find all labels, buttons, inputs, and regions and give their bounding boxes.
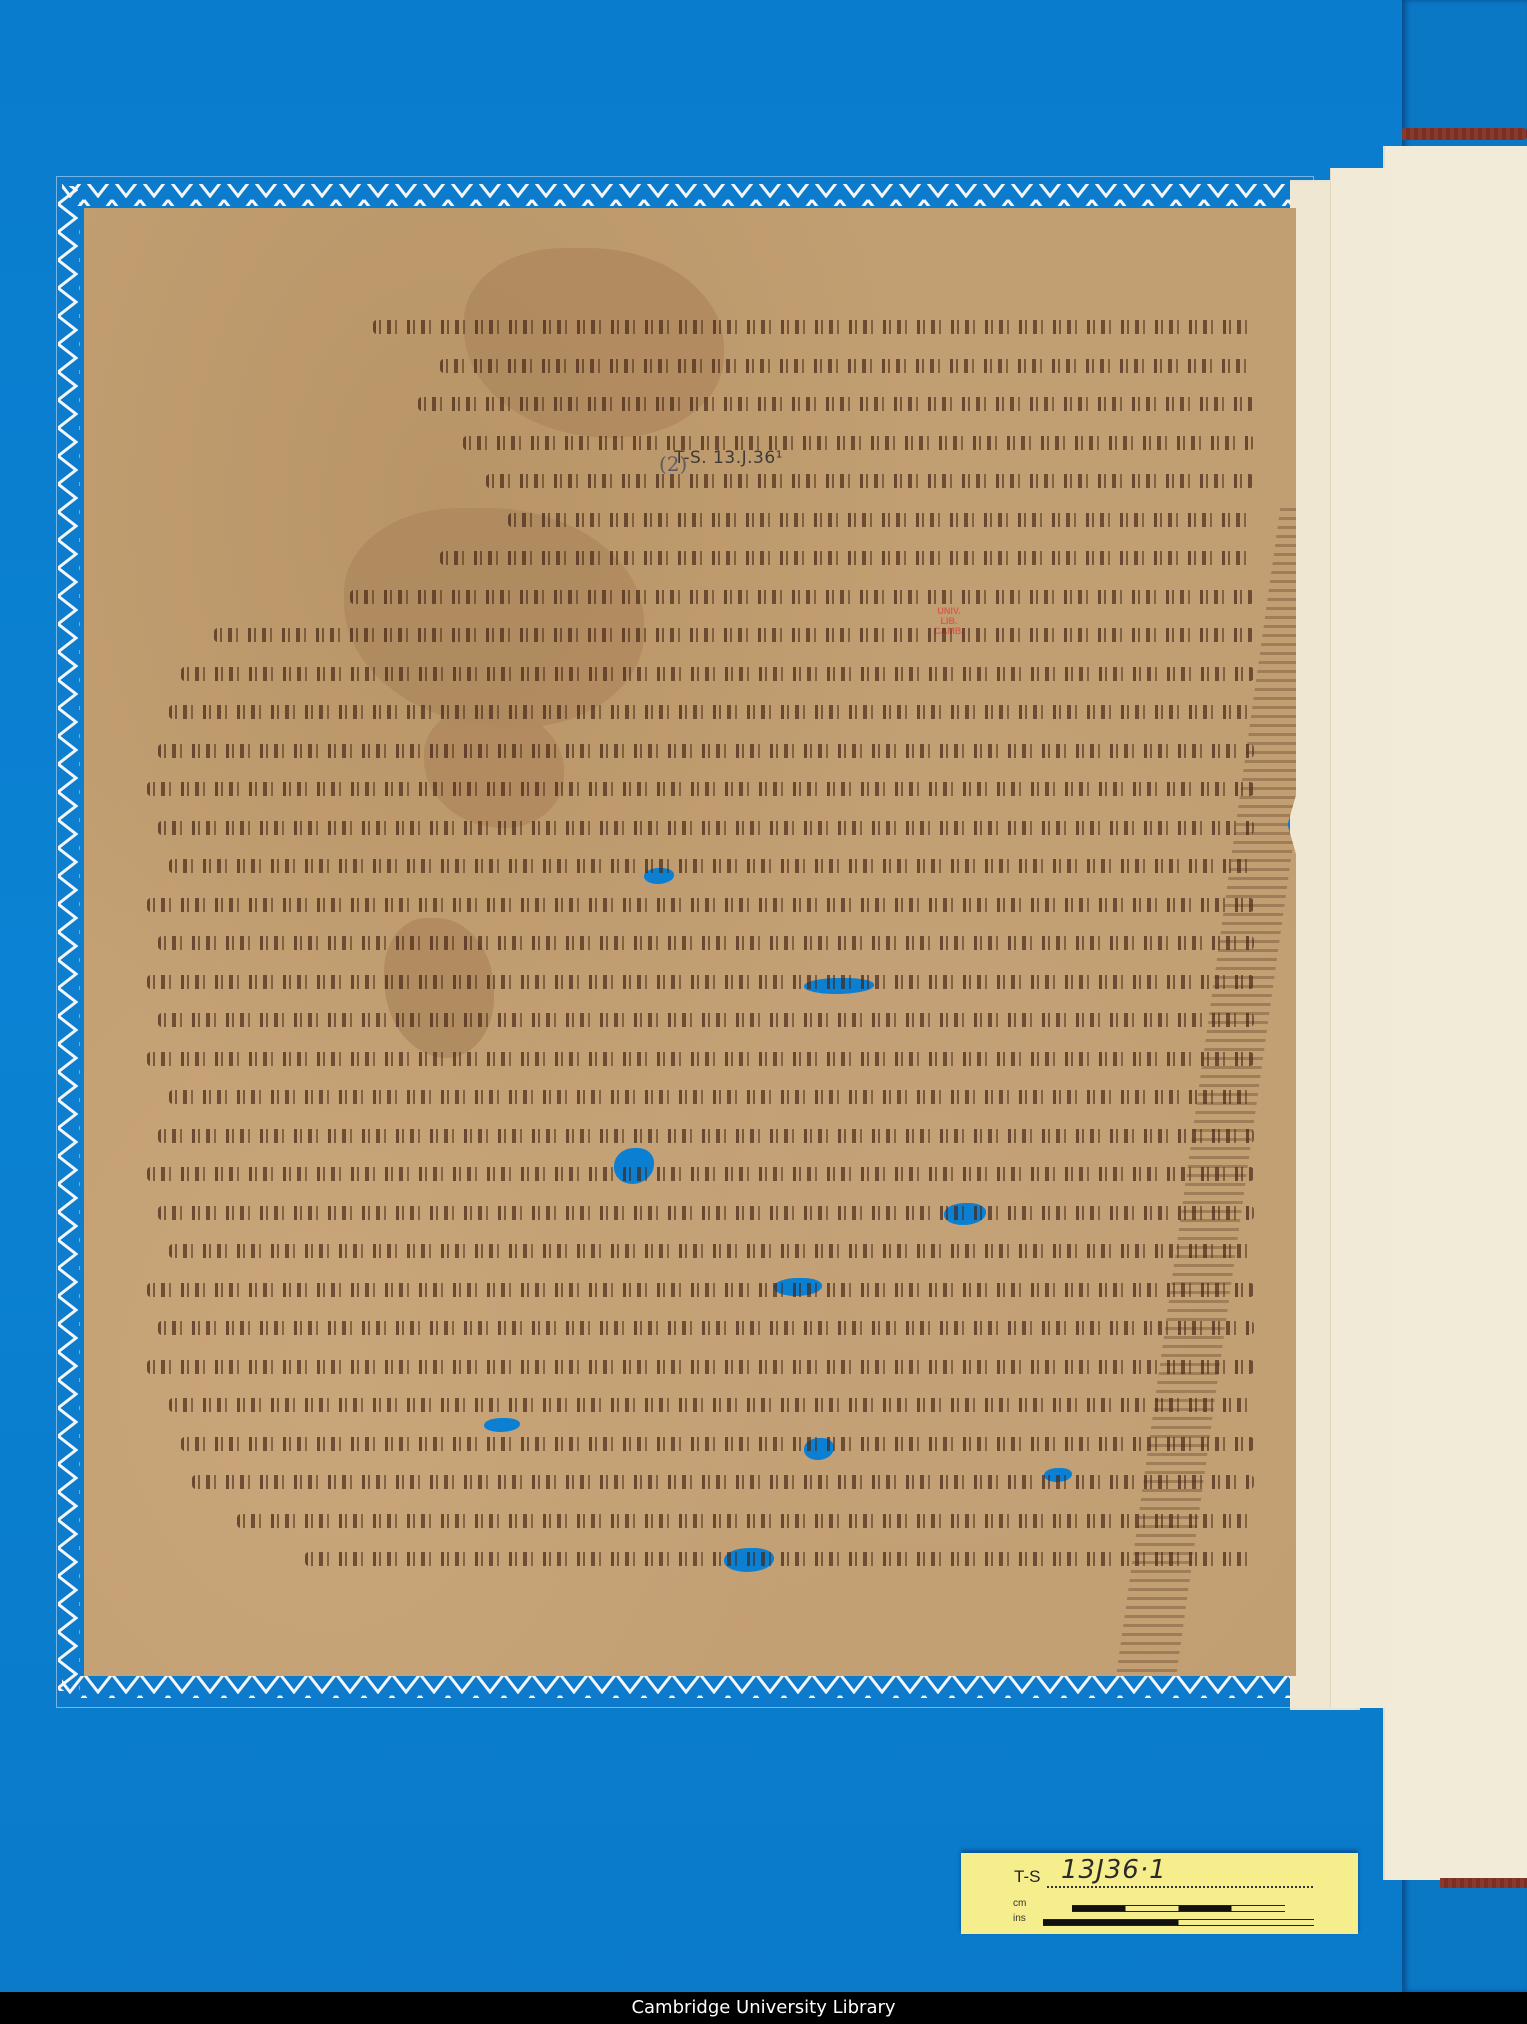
credit-footer: Cambridge University Library <box>0 1992 1527 2024</box>
text-line <box>124 1232 1254 1271</box>
text-line <box>124 1502 1254 1541</box>
text-line <box>124 847 1254 886</box>
text-line <box>124 1540 1254 1579</box>
text-line <box>124 385 1254 424</box>
text-line <box>124 655 1254 694</box>
text-line <box>124 1463 1254 1502</box>
text-line <box>124 1117 1254 1156</box>
binding-cord-bottom <box>1440 1878 1527 1888</box>
text-line <box>124 424 1254 463</box>
text-line <box>124 347 1254 386</box>
text-line <box>124 539 1254 578</box>
text-line <box>124 693 1254 732</box>
text-line <box>124 1271 1254 1310</box>
text-line <box>124 732 1254 771</box>
text-line <box>124 1348 1254 1387</box>
handwritten-text-block <box>124 308 1254 1648</box>
text-line <box>124 462 1254 501</box>
label-shelfmark: 13J36·1 <box>1061 1855 1167 1885</box>
credit-text: Cambridge University Library <box>631 1997 895 2018</box>
label-dotted-line <box>1047 1886 1313 1888</box>
text-line <box>124 809 1254 848</box>
text-line <box>124 616 1254 655</box>
scale-bar-ins <box>1043 1919 1314 1926</box>
text-line <box>124 963 1254 1002</box>
text-line <box>124 1040 1254 1079</box>
manuscript-fragment: (2) T-S. 13.J.36¹ UNIV. LIB. CAMB. <box>84 208 1296 1676</box>
text-line <box>124 1425 1254 1464</box>
text-line <box>124 1155 1254 1194</box>
guard-page-middle <box>1330 168 1391 1708</box>
text-line <box>124 1309 1254 1348</box>
text-line <box>124 886 1254 925</box>
guard-page-back <box>1383 146 1527 1880</box>
text-line <box>124 1078 1254 1117</box>
binding-cord-top <box>1402 128 1527 140</box>
label-collection-prefix: T-S <box>1014 1867 1040 1887</box>
shelfmark-label: T-S 13J36·1 cm ins <box>961 1853 1358 1934</box>
text-line <box>124 1386 1254 1425</box>
text-line <box>124 578 1254 617</box>
scale-cm-label: cm <box>1013 1898 1026 1909</box>
text-line <box>124 770 1254 809</box>
scale-ins-label: ins <box>1013 1913 1026 1924</box>
text-line <box>124 308 1254 347</box>
scale-bar-cm <box>1072 1905 1285 1912</box>
text-line <box>124 1001 1254 1040</box>
text-line <box>124 501 1254 540</box>
text-line <box>124 924 1254 963</box>
text-line <box>124 1194 1254 1233</box>
